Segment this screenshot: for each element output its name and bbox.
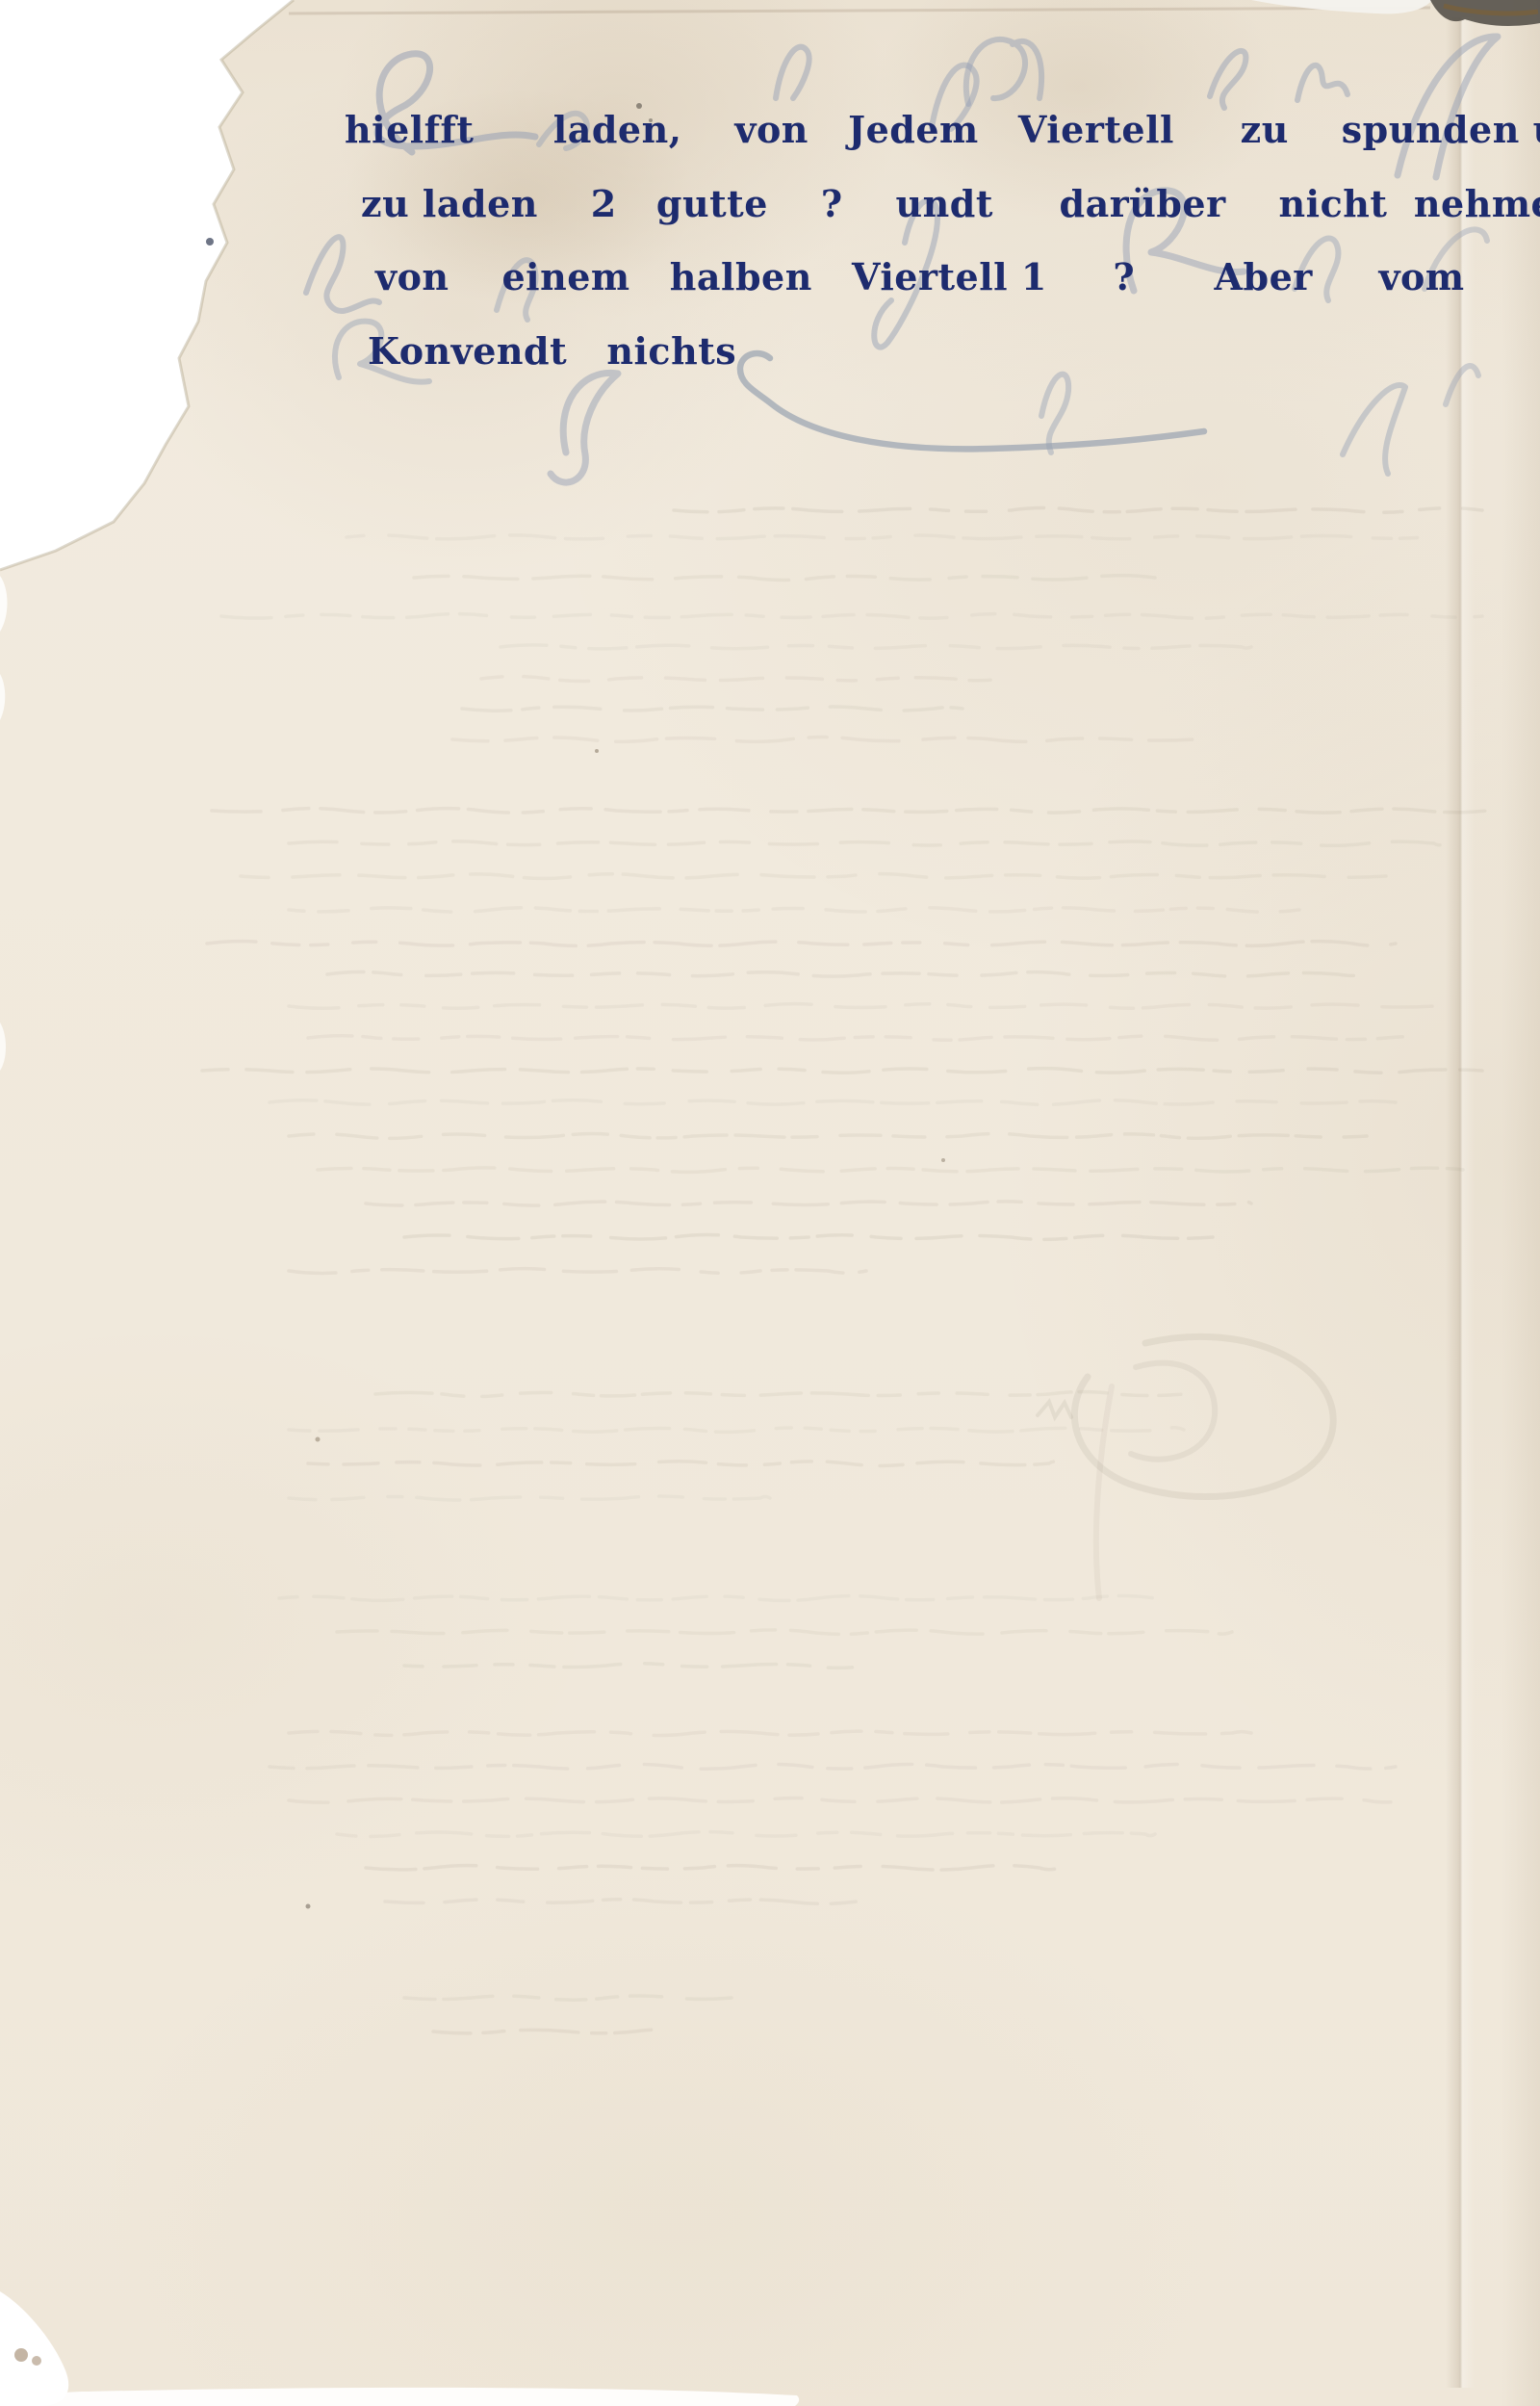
top-edge-shadow bbox=[289, 8, 1430, 13]
top-torn-strip bbox=[1251, 0, 1432, 13]
bottom-edge-sliver bbox=[38, 2388, 799, 2406]
scanned-manuscript-page: hielfft laden, von Jedem Viertell zu spu… bbox=[0, 0, 1540, 2406]
left-edge-notch bbox=[0, 674, 5, 720]
left-edge-notch bbox=[0, 576, 8, 632]
page-edges-layer bbox=[0, 0, 1540, 2406]
torn-corner bbox=[0, 0, 294, 570]
left-edge-notch bbox=[0, 1022, 6, 1071]
bottom-left-corner bbox=[0, 2291, 68, 2406]
